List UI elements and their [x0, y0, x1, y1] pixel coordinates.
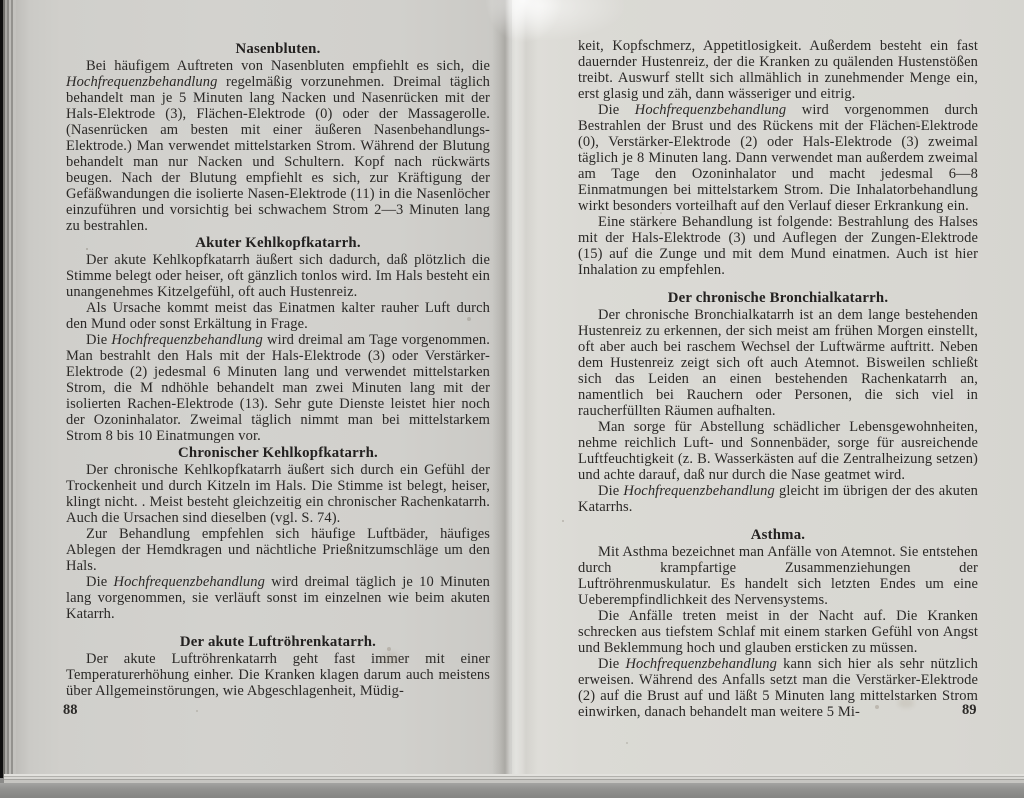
italic-term: Hochfrequenzbehandlung — [623, 483, 774, 499]
body-paragraph: Bei häufigem Auftreten von Nasenbluten e… — [66, 58, 490, 234]
italic-term: Hochfrequenzbehandlung — [111, 332, 262, 348]
page-number-left: 88 — [63, 702, 78, 719]
scanner-background — [0, 783, 1024, 798]
body-paragraph: Die Anfälle treten meist in der Nacht au… — [578, 608, 978, 656]
body-paragraph: Als Ursache kommt meist das Einatmen kal… — [66, 300, 490, 332]
section-heading: Akuter Kehlkopfkatarrh. — [66, 235, 490, 251]
body-paragraph: Der akute Luftröhrenkatarrh geht fast im… — [66, 651, 490, 699]
body-paragraph: Die Hochfrequenzbehandlung kann sich hie… — [578, 656, 978, 720]
body-paragraph: Die Hochfrequenzbehandlung gleicht im üb… — [578, 483, 978, 515]
page-bottom-edge — [4, 774, 1024, 783]
body-paragraph: keit, Kopfschmerz, Appetitlosigkeit. Auß… — [578, 38, 978, 102]
section-heading: Nasenbluten. — [66, 41, 490, 57]
body-paragraph: Man sorge für Abstellung schädlicher Leb… — [578, 419, 978, 483]
book-binding-edge — [0, 0, 16, 778]
body-paragraph: Der akute Kehlkopfkatarrh äußert sich da… — [66, 252, 490, 300]
body-paragraph: Zur Behandlung empfehlen sich häufige Lu… — [66, 526, 490, 574]
body-paragraph: Der chronische Bronchialkatarrh ist an d… — [578, 307, 978, 419]
page-number-right: 89 — [962, 702, 977, 719]
body-paragraph: Die Hochfrequenzbehandlung wird dreimal … — [66, 332, 490, 444]
body-paragraph: Der chronische Kehlkopfkatarrh äußert si… — [66, 462, 490, 526]
section-heading: Der akute Luftröhrenkatarrh. — [66, 634, 490, 650]
body-paragraph: Eine stärkere Behandlung ist folgende: B… — [578, 214, 978, 278]
italic-term: Hochfrequenzbehandlung — [635, 102, 786, 118]
section-heading: Der chronische Bronchialkatarrh. — [578, 290, 978, 306]
italic-term: Hochfrequenzbehandlung — [625, 656, 776, 672]
italic-term: Hochfrequenzbehandlung — [66, 74, 217, 90]
body-paragraph: Die Hochfrequenzbehandlung wird dreimal … — [66, 574, 490, 622]
body-paragraph: Die Hochfrequenzbehandlung wird vorgenom… — [578, 102, 978, 214]
book-scan: Nasenbluten.Bei häufigem Auftreten von N… — [0, 0, 1024, 798]
page-right-text: keit, Kopfschmerz, Appetitlosigkeit. Auß… — [578, 38, 978, 720]
italic-term: Hochfrequenzbehandlung — [114, 574, 265, 590]
page-right: keit, Kopfschmerz, Appetitlosigkeit. Auß… — [512, 0, 1024, 774]
page-left: Nasenbluten.Bei häufigem Auftreten von N… — [16, 0, 512, 774]
section-heading: Chronischer Kehlkopfkatarrh. — [66, 445, 490, 461]
body-paragraph: Mit Asthma bezeichnet man Anfälle von At… — [578, 544, 978, 608]
page-left-text: Nasenbluten.Bei häufigem Auftreten von N… — [66, 40, 490, 699]
section-heading: Asthma. — [578, 527, 978, 543]
